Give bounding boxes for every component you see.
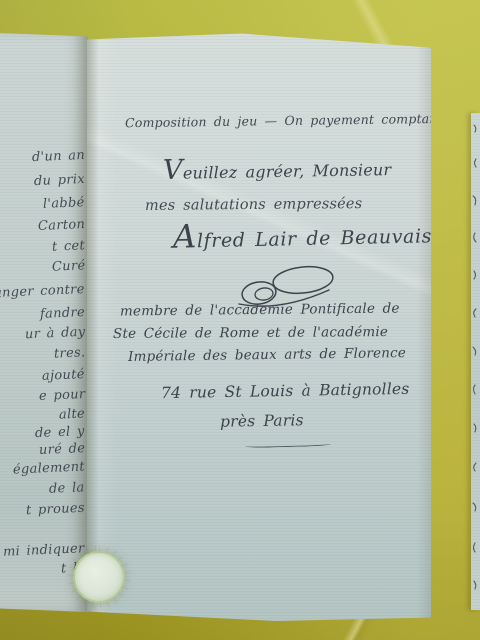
adjacent-page-edge: [471, 113, 480, 610]
left-page-text-fragment: Curé: [51, 258, 85, 274]
left-page-text-fragment: du prix: [34, 172, 86, 189]
membership-line-2: Ste Cécile de Rome et de l'académie: [113, 324, 388, 342]
underline-flourish: [245, 442, 331, 448]
left-page-text-fragment: de el y: [35, 424, 85, 441]
left-page-text-fragment: ur à day: [24, 325, 85, 343]
left-page-text-fragment: t cet: [52, 238, 86, 254]
left-page-text-fragment: tres.: [53, 345, 85, 361]
left-page-text-fragment: e pour: [38, 387, 85, 404]
signature: Alfred Lair de Beauvais: [173, 225, 431, 252]
left-page-text-fragment: alte: [59, 406, 86, 422]
embossed-seal: [73, 551, 125, 603]
membership-line-1: membre de l'accademie Pontificale de: [120, 301, 400, 320]
left-page-text-fragment: fandre: [40, 305, 86, 322]
address-line-1: 74 rue St Louis à Batignolles: [161, 380, 410, 402]
left-page-text-fragment: uré de: [38, 441, 85, 458]
postscript-line: Composition du jeu — On payement comptan…: [125, 111, 431, 130]
left-page-text-fragment: Carton: [38, 217, 86, 234]
left-page-text-fragment: t proues: [26, 501, 85, 519]
left-page-text-fragment: anger contre: [0, 282, 85, 301]
closing-line-1: Veuillez agréer, Monsieur: [163, 160, 392, 183]
left-page-text-fragment: de la: [49, 480, 85, 497]
letter-photograph: d'un an du prix l'abbé Carton t cet Curé…: [0, 0, 480, 640]
left-page-text-fragment: ajouté: [42, 367, 85, 384]
left-page-edge: d'un an du prix l'abbé Carton t cet Curé…: [0, 33, 88, 612]
membership-line-3: Impériale des beaux arts de Florence: [128, 345, 406, 365]
left-page-text-fragment: d'un an: [32, 148, 86, 165]
left-page-text-fragment: également: [13, 459, 86, 477]
left-page-text-fragment: l'abbé: [43, 195, 85, 212]
partial-writing-marks: [471, 113, 480, 610]
address-line-2: près Paris: [220, 411, 304, 430]
letter-page: Composition du jeu — On payement comptan…: [87, 30, 431, 621]
closing-line-2: mes salutations empressées: [145, 196, 362, 214]
